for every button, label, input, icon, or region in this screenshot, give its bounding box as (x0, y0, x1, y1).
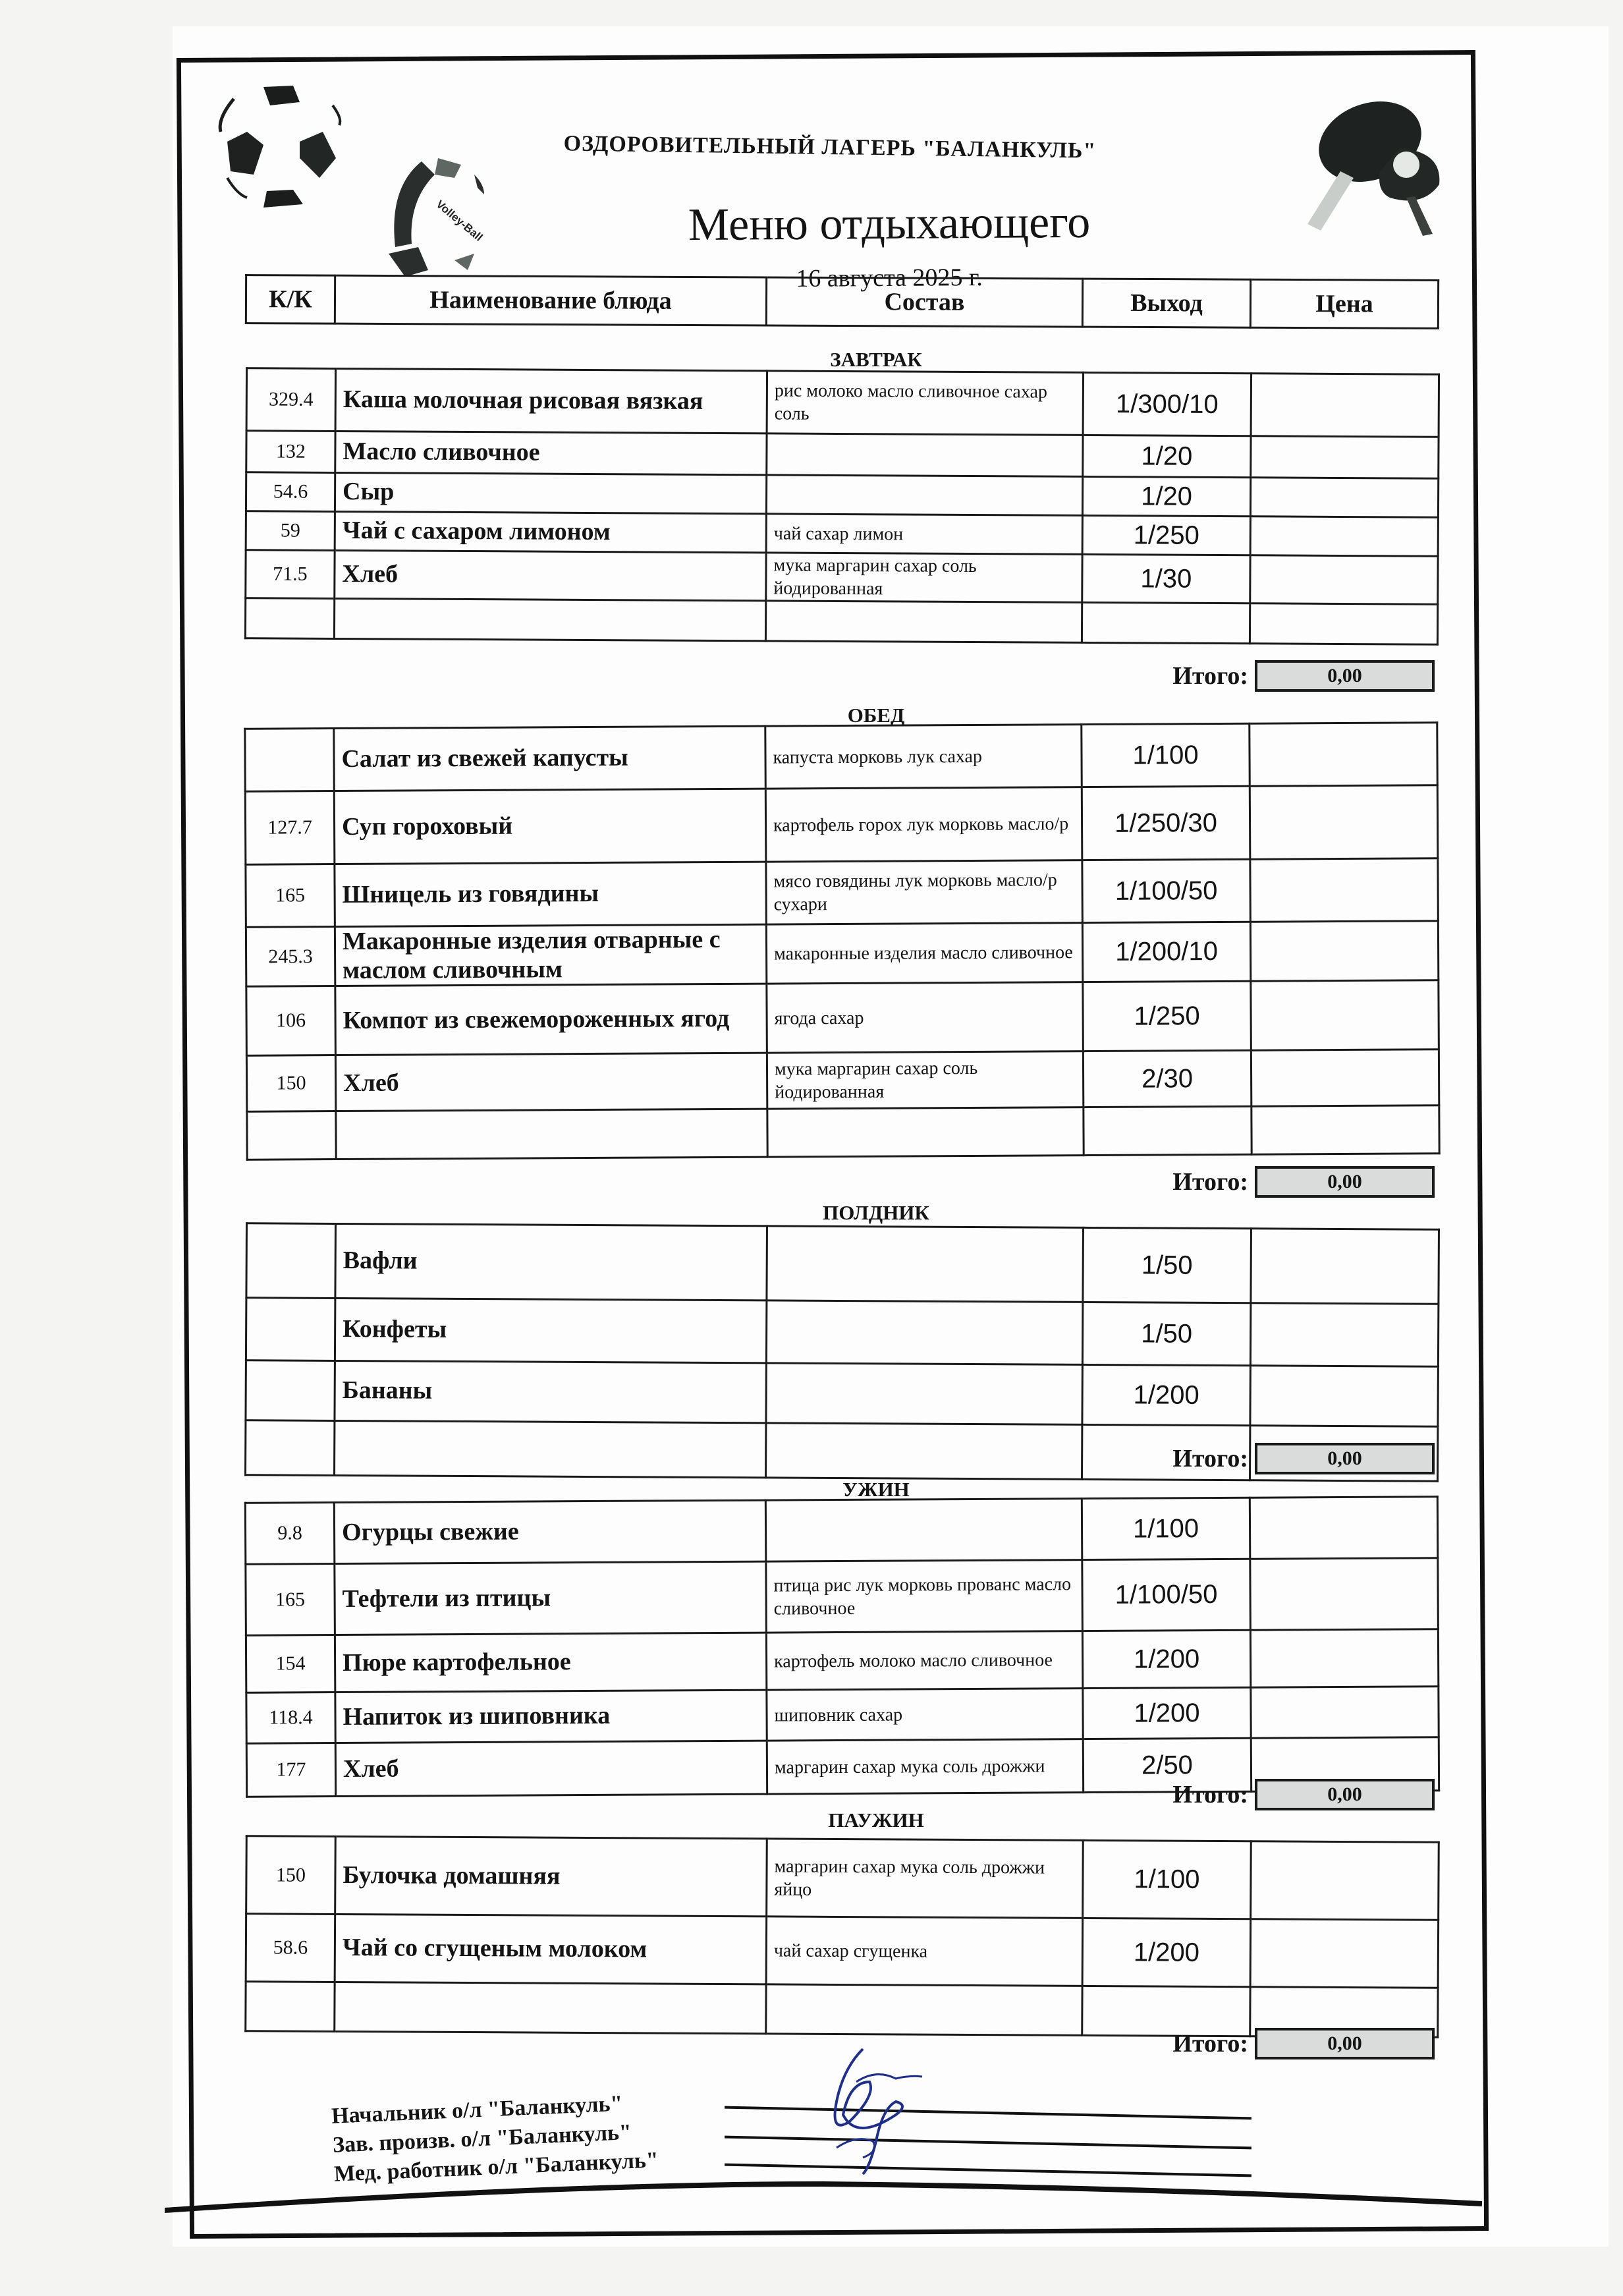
dish-name: Макаронные изделия отварные с маслом сли… (335, 924, 766, 986)
dish-code (246, 1982, 335, 2032)
dish-composition: чай сахар сгущенка (766, 1917, 1083, 1986)
dish-code: 59 (246, 511, 335, 551)
dish-price (1250, 517, 1438, 556)
dish-code (245, 729, 334, 792)
dish-composition: рис молоко масло сливочное сахар соль (767, 371, 1083, 435)
total-value: 0,00 (1255, 660, 1435, 692)
dish-row: 165Шницель из говядинымясо говядины лук … (246, 858, 1438, 927)
total-label: Итого: (1097, 2029, 1255, 2058)
dish-row: 165Тефтели из птицыптица рис лук морковь… (246, 1558, 1439, 1635)
dish-row: 154Пюре картофельноекартофель молоко мас… (246, 1629, 1438, 1693)
dish-composition: чай сахар лимон (766, 514, 1082, 555)
dish-name: Булочка домашняя (335, 1836, 767, 1916)
section-total: Итого:0,00 (1097, 1166, 1435, 1198)
dish-composition (766, 1423, 1082, 1480)
dish-code (246, 1298, 335, 1361)
dish-output: 1/200 (1083, 1687, 1251, 1739)
section-total: Итого:0,00 (1097, 660, 1435, 692)
dish-composition: маргарин сахар мука соль дрожжи яйцо (767, 1839, 1084, 1918)
dish-row: 329.4Каша молочная рисовая вязкаярис мол… (246, 368, 1439, 437)
dish-composition (767, 1107, 1084, 1158)
dish-code: 245.3 (246, 927, 335, 987)
column-dish-name: Наименование блюда (335, 275, 766, 325)
dish-output: 1/200 (1082, 1630, 1250, 1688)
section-table: 9.8Огурцы свежие1/100165Тефтели из птицы… (244, 1496, 1440, 1797)
dish-name: Хлеб (335, 550, 766, 600)
dish-output (1082, 602, 1250, 643)
dish-name (335, 1420, 766, 1477)
dish-output: 1/200/10 (1082, 922, 1250, 982)
dish-code: 177 (246, 1743, 335, 1797)
dish-row: 127.7Суп гороховыйкартофель горох лук мо… (245, 785, 1438, 864)
dish-output: 1/30 (1082, 554, 1250, 603)
dish-name: Вафли (335, 1223, 767, 1300)
dish-name: Напиток из шиповника (335, 1690, 767, 1743)
dish-price (1251, 374, 1439, 437)
total-value: 0,00 (1255, 2028, 1435, 2059)
section-total: Итого:0,00 (1097, 1443, 1435, 1474)
dish-output: 1/100 (1082, 1498, 1250, 1559)
dish-price (1250, 1629, 1438, 1687)
empty-row (245, 598, 1437, 644)
dish-composition: мука маргарин сахар соль йодированная (767, 1051, 1083, 1109)
dish-output: 1/100 (1083, 1840, 1252, 1918)
dish-name: Хлеб (335, 1741, 767, 1796)
dish-composition: маргарин сахар мука соль дрожжи (767, 1739, 1083, 1795)
dish-price (1252, 1106, 1439, 1154)
column-kk: К/К (246, 275, 335, 324)
dish-output: 1/50 (1082, 1302, 1250, 1365)
dish-price (1250, 858, 1438, 922)
dish-price (1250, 1497, 1437, 1559)
dish-price (1250, 785, 1438, 859)
dish-code (245, 598, 334, 639)
dish-row: 54.6Сыр1/20 (246, 472, 1438, 517)
dish-code: 165 (246, 864, 335, 928)
handwritten-signature (764, 2042, 962, 2181)
empty-row (247, 1106, 1439, 1160)
dish-name: Тефтели из птицы (335, 1561, 767, 1635)
dish-name: Чай со сгущеным молоком (335, 1914, 767, 1984)
dish-name (335, 1982, 766, 2033)
dish-composition (766, 1363, 1082, 1425)
page-title: Меню отдыхающего (527, 195, 1252, 253)
dish-output: 1/100 (1082, 723, 1250, 787)
total-value: 0,00 (1255, 1779, 1435, 1810)
dish-name: Каша молочная рисовая вязкая (335, 368, 767, 433)
dish-row: 59Чай с сахаром лимономчай сахар лимон1/… (246, 511, 1438, 556)
dish-row: 245.3Макаронные изделия отварные с масло… (246, 921, 1438, 987)
dish-output: 1/100/50 (1082, 859, 1250, 922)
dish-output: 1/250 (1083, 982, 1252, 1051)
dish-output: 1/250 (1082, 515, 1250, 555)
dish-name (334, 598, 765, 640)
section-table: 329.4Каша молочная рисовая вязкаярис мол… (244, 367, 1440, 645)
dish-output: 1/20 (1082, 476, 1250, 516)
dish-price (1250, 478, 1438, 517)
total-label: Итого: (1097, 1444, 1255, 1473)
column-composition: Состав (766, 277, 1082, 327)
dish-price (1250, 1558, 1439, 1630)
dish-composition: шиповник сахар (767, 1689, 1083, 1741)
dish-composition: макаронные изделия масло сливочное (766, 923, 1082, 984)
section-total: Итого:0,00 (1097, 2028, 1435, 2059)
ping-pong-paddles-icon (1291, 92, 1456, 237)
dish-composition: картофель молоко масло сливочное (766, 1631, 1082, 1691)
dish-code: 329.4 (246, 368, 335, 432)
dish-composition (766, 1984, 1082, 2036)
dish-row: 118.4Напиток из шиповникашиповник сахар1… (246, 1687, 1439, 1743)
dish-output: 1/200 (1082, 1364, 1250, 1425)
dish-composition: мука маргарин сахар соль йодированная (766, 553, 1082, 603)
dish-composition (767, 1226, 1084, 1302)
section-title: ЗАВТРАК (692, 348, 1060, 372)
dish-composition (765, 1499, 1082, 1562)
dish-name: Суп гороховый (334, 789, 766, 864)
page-bottom-edge (165, 2181, 1482, 2220)
section-title: ПАУЖИН (692, 1808, 1060, 1832)
section-title: ПОЛДНИК (692, 1201, 1060, 1225)
dish-composition (767, 434, 1083, 477)
dish-code (246, 1223, 336, 1299)
section-total: Итого:0,00 (1097, 1779, 1435, 1810)
dish-row: Конфеты1/50 (246, 1298, 1438, 1366)
dish-name: Масло сливочное (335, 431, 767, 474)
dish-price (1250, 1366, 1438, 1426)
dish-output: 1/100/50 (1082, 1559, 1251, 1631)
dish-output: 1/250/30 (1082, 786, 1250, 860)
column-header-table: К/К Наименование блюда Состав Выход Цена (245, 274, 1439, 329)
dish-output: 1/200 (1082, 1918, 1251, 1986)
dish-row: Салат из свежей капустыкапуста морковь л… (245, 723, 1437, 791)
dish-price (1251, 1687, 1439, 1738)
dish-composition (766, 1301, 1082, 1365)
dish-output: 1/50 (1083, 1227, 1252, 1302)
dish-name: Сыр (335, 472, 766, 513)
dish-composition: капуста морковь лук сахар (765, 725, 1082, 789)
dish-composition: ягода сахар (767, 982, 1084, 1053)
dish-name: Конфеты (335, 1298, 766, 1362)
dish-output: 2/30 (1083, 1051, 1251, 1107)
dish-output (1084, 1107, 1252, 1156)
column-output: Выход (1082, 279, 1250, 327)
dish-code (246, 1360, 335, 1421)
dish-code: 132 (246, 431, 335, 473)
total-label: Итого: (1097, 661, 1255, 690)
dish-price (1250, 1919, 1439, 1988)
dish-code: 150 (246, 1836, 336, 1915)
section-table: 150Булочка домашняямаргарин сахар мука с… (244, 1835, 1440, 2038)
dish-price (1251, 436, 1439, 478)
dish-price (1251, 1050, 1439, 1106)
column-price: Цена (1250, 279, 1438, 328)
dish-code: 54.6 (246, 472, 335, 512)
dish-code: 9.8 (245, 1503, 334, 1565)
total-label: Итого: (1097, 1167, 1255, 1196)
total-label: Итого: (1097, 1780, 1255, 1809)
dish-row: 150Булочка домашняямаргарин сахар мука с… (246, 1836, 1439, 1920)
dish-row: 9.8Огурцы свежие1/100 (245, 1497, 1437, 1564)
total-value: 0,00 (1255, 1443, 1435, 1474)
dish-price (1250, 555, 1438, 604)
dish-name: Шницель из говядины (335, 862, 766, 926)
dish-code: 127.7 (245, 791, 335, 865)
total-value: 0,00 (1255, 1166, 1435, 1198)
section-table: Салат из свежей капустыкапуста морковь л… (244, 721, 1440, 1161)
dish-code: 71.5 (246, 550, 335, 599)
dish-composition (766, 475, 1082, 516)
dish-output: 1/300/10 (1083, 372, 1251, 435)
dish-price (1251, 1229, 1439, 1304)
dish-price (1250, 921, 1438, 982)
soccer-ball-icon (201, 79, 356, 211)
dish-output: 1/20 (1083, 435, 1251, 477)
dish-row: Вафли1/50 (246, 1223, 1439, 1304)
dish-row: Бананы1/200 (246, 1360, 1438, 1426)
dish-code: 118.4 (246, 1693, 335, 1744)
dish-row: 58.6Чай со сгущеным молокомчай сахар сгу… (246, 1914, 1439, 1988)
dish-name: Хлеб (335, 1053, 767, 1111)
dish-name (336, 1109, 767, 1159)
dish-row: 132Масло сливочное1/20 (246, 431, 1439, 478)
dish-price (1251, 980, 1439, 1050)
dish-name: Бананы (335, 1360, 766, 1422)
dish-price (1250, 723, 1437, 786)
dish-name: Огурцы свежие (334, 1500, 765, 1563)
dish-composition: картофель горох лук морковь масло/р (765, 787, 1082, 862)
dish-code: 150 (246, 1055, 335, 1112)
dish-name: Салат из свежей капусты (334, 726, 765, 791)
dish-code: 58.6 (246, 1914, 335, 1982)
dish-row: 71.5Хлебмука маргарин сахар соль йодиров… (246, 550, 1438, 604)
dish-code: 154 (246, 1635, 335, 1693)
dish-price (1250, 603, 1437, 644)
dish-composition: птица рис лук морковь прованс масло слив… (766, 1560, 1083, 1633)
dish-code: 165 (246, 1564, 335, 1636)
dish-composition (765, 601, 1082, 643)
dish-price (1251, 1841, 1439, 1920)
dish-composition: мясо говядины лук морковь масло/р сухари (766, 860, 1082, 925)
volleyball-label: Volley-Ball (434, 198, 485, 244)
dish-code: 106 (246, 986, 336, 1056)
dish-row: 106Компот из свежемороженных ягодягода с… (246, 980, 1439, 1055)
volleyball-icon: Volley-Ball (375, 148, 494, 280)
dish-row: 150Хлебмука маргарин сахар соль йодирова… (246, 1050, 1439, 1111)
dish-code (247, 1111, 336, 1160)
dish-code (246, 1420, 335, 1476)
dish-name: Чай с сахаром лимоном (335, 511, 766, 552)
dish-price (1250, 1303, 1438, 1366)
signature-block: Начальник о/л "Баланкуль" Зав. произв. о… (331, 2088, 659, 2189)
dish-name: Компот из свежемороженных ягод (335, 984, 767, 1055)
dish-name: Пюре картофельное (335, 1633, 766, 1692)
